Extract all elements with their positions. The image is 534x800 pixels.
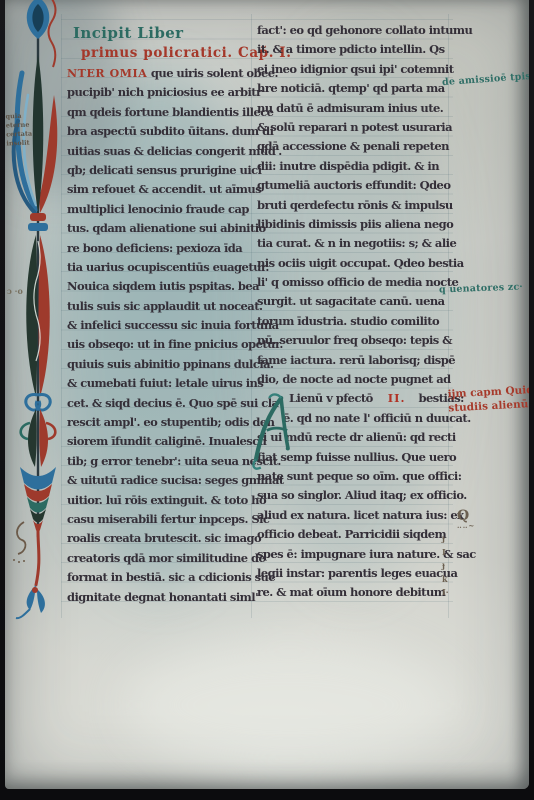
text-line: dii: inutre dispēdia pdigit. & in xyxy=(257,157,453,176)
text-line: surgit. ut sagacitate canū. uena xyxy=(257,292,453,311)
text-line: bruti qerdefectu rōnis & impulsu xyxy=(257,196,453,215)
marginal-tick: k xyxy=(442,573,449,587)
text-column-1: NTER OMIA que uiris solent obee. pucipib… xyxy=(67,64,263,607)
text-line: & solū reparari n potest usuraria xyxy=(257,118,453,137)
text-line: fact': eo qd gehonore collato intumu xyxy=(257,21,453,40)
marginal-q-mark: Q ‥‥~ xyxy=(457,508,475,530)
text-line: gtumeliā auctoris effundit: Qdeo xyxy=(257,176,453,195)
text-line: aliud ex natura. licet natura ius: ex xyxy=(257,506,453,525)
text-line: pucipib' nich pniciosius ee arbitr' xyxy=(67,83,263,102)
marginal-chapter-note: ijm capm Quid ī studiis alienū xyxy=(447,384,529,416)
column1-body: pucipib' nich pniciosius ee arbitr'qm qd… xyxy=(67,83,263,607)
text-line: quiuis suis abinitio ppinans dulcia. xyxy=(67,355,263,374)
text-line: nū. seruulor freq obseqo: tepis & xyxy=(257,331,453,350)
incipit-heading: Incipit Liber xyxy=(73,24,183,42)
marginal-left-marks: ɔ ·o xyxy=(7,286,23,296)
decorated-initial-a xyxy=(250,390,292,478)
text-line: qdā accessione & penali repeten xyxy=(257,137,453,156)
text-line: fame iactura. rerū laborisq; dispē xyxy=(257,351,453,370)
column2-upper: fact': eo qd gehonore collato intumuit. … xyxy=(257,21,453,389)
text-line: & uitutū radice sucisa: seges gminat xyxy=(67,471,263,490)
parchment-stain xyxy=(125,640,455,770)
text-line: uis obseqo: ut in fine pnicius opetur. xyxy=(67,335,263,354)
text-column-2: fact': eo qd gehonore collato intumuit. … xyxy=(257,21,453,603)
text-line: rescit ampl'. eo stupentib; odis den xyxy=(67,413,263,432)
text-line: Nouica siqdem iutis pspitas. bea xyxy=(67,277,263,296)
marginal-tick: I· xyxy=(442,586,449,600)
text-line: qm qdeis fortune blandientis illece xyxy=(67,103,263,122)
marginal-tick-column: ɟIɟkI· xyxy=(442,532,449,600)
marginal-tick: ɟ xyxy=(442,532,449,546)
text-line: tulis suis sic applaudit ut noceat. xyxy=(67,297,263,316)
text-line: sua so singlor. Aliud itaq; ex officio. xyxy=(257,486,453,505)
text-line: & cumebati fuiut: letale uirus ins xyxy=(67,374,263,393)
text-line: torum īdustria. studio comilito xyxy=(257,312,453,331)
text-line: li' q omisso officio de media nocte xyxy=(257,273,453,292)
text-line: uitias suas & delicias congerit mūd'. xyxy=(67,142,263,161)
text-line: officio debeat. Parricidii siqdem xyxy=(257,525,453,544)
text-line: nis ociis uigit occupat. Qdeo bestia xyxy=(257,254,453,273)
marginal-squiggle-mark xyxy=(10,520,32,568)
text-line: dignitate degnat honantati siml' xyxy=(67,588,263,607)
chapter2-text-before: Lienū v pfectō xyxy=(289,391,373,405)
text-line: legii instar: parentis leges euacua xyxy=(257,564,453,583)
text-line: uitior. luī rōis extinguit. & toto hō xyxy=(67,491,263,510)
marginal-note-top-right: de amissioē tpis xyxy=(442,71,529,88)
text-line: re bono deficiens: pexioza īda xyxy=(67,239,263,258)
text-line: ei ineo idignior qsui ipi' cotemnit xyxy=(257,60,453,79)
text-line: dio, de nocte ad nocte pugnet ad xyxy=(257,370,453,389)
manuscript-photo: Incipit Liber primus policratici. Cap̃. … xyxy=(0,0,534,800)
text-line: spes ē: impugnare iura nature. & sac xyxy=(257,545,453,564)
text-line: tib; g error tenebr': uita seua nescit. xyxy=(67,452,263,471)
text-line: format in bestiā. sic a cdicionis sue xyxy=(67,568,263,587)
marginal-tick: I xyxy=(442,546,449,560)
text-line: tia uarius ocupiscentiūs euagetur. xyxy=(67,258,263,277)
text-line: casu miserabili fertur inpceps. Sic xyxy=(67,510,263,529)
text-line: nu datū ē admisuram inius ute. xyxy=(257,99,453,118)
text-line: siorem īfundit caliginē. Inualescū xyxy=(67,432,263,451)
opening-capitals: NTER OMIA xyxy=(67,67,147,80)
marginal-q-dots: ‥‥~ xyxy=(457,521,475,530)
marginal-note-venatores: q uenatores zc· xyxy=(439,282,523,296)
marginal-tick: ɟ xyxy=(442,559,449,573)
text-line: roalis creata brutescit. sic imago xyxy=(67,529,263,548)
text-line: multiplici lenocinio fraude cap xyxy=(67,200,263,219)
gloss-line: insolit xyxy=(6,139,32,149)
text-line: bra aspectū subdito ūitans. dum di xyxy=(67,122,263,141)
text-line: cet. & siqd decius ē. Quo spē sui cla xyxy=(67,394,263,413)
text-line: libidinis dimissis piis aliena nego xyxy=(257,215,453,234)
opening-line: NTER OMIA que uiris solent obee. xyxy=(67,64,263,83)
chapter2-number: II. xyxy=(388,391,406,405)
text-line: tia curat. & n in negotiis: s; & alie xyxy=(257,234,453,253)
chapter2-block: Lienū v pfectōII.bestias: ē. qd no nate … xyxy=(257,389,453,428)
text-line: hre noticiā. qtemp' qd parta ma xyxy=(257,79,453,98)
text-line: qb; delicati sensus prurigine uici xyxy=(67,161,263,180)
text-line: tus. qdam alienatione sui abinitio xyxy=(67,219,263,238)
text-line: re. & mat oīum honore debitum xyxy=(257,583,453,602)
text-line: & infelici successu sic inuia fortuna xyxy=(67,316,263,335)
marginal-gloss-left: quiaeternecertatainsolit xyxy=(5,112,32,149)
text-line: sim refouet & accendit. ut aīmus xyxy=(67,180,263,199)
text-line: creatoris qdā mor similitudine de xyxy=(67,549,263,568)
text-line: it. & a timore pdicto intellin. Qs xyxy=(257,40,453,59)
manuscript-page: Incipit Liber primus policratici. Cap̃. … xyxy=(5,0,529,789)
